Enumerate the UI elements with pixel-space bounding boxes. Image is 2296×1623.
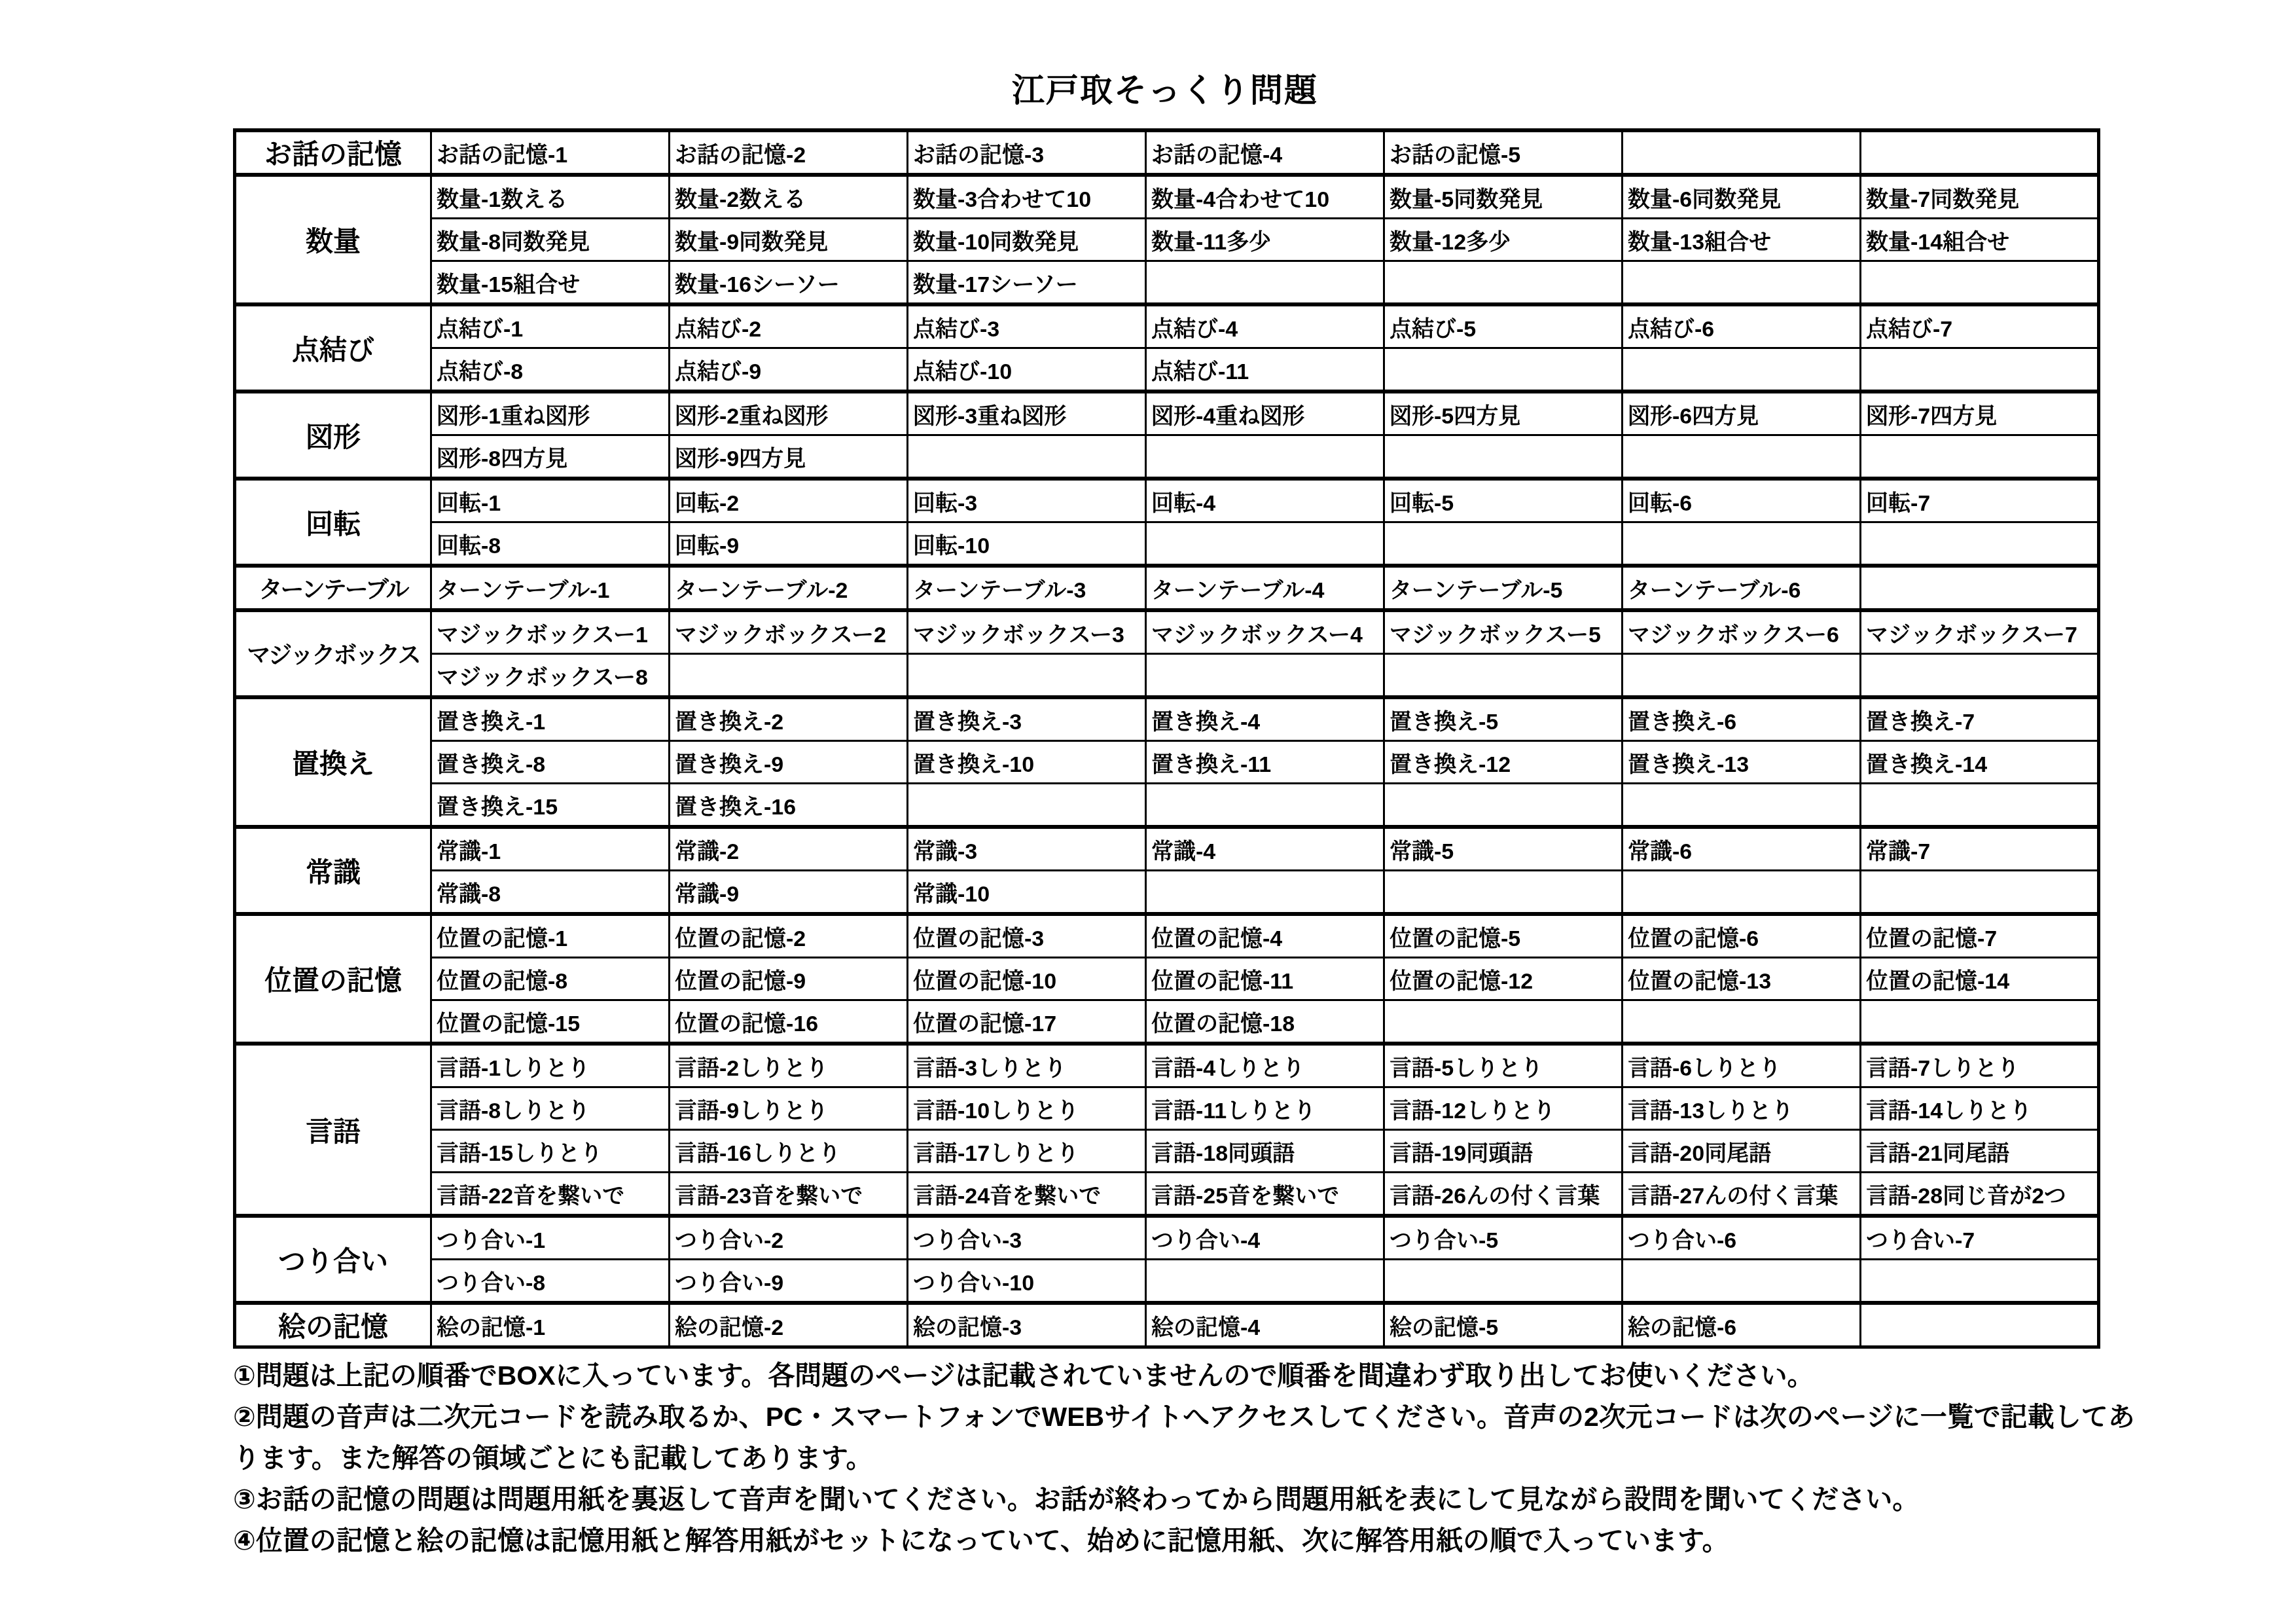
empty-cell (1384, 784, 1623, 828)
problem-cell: 図形-5四方見 (1384, 392, 1623, 435)
footnote: ④位置の記憶と絵の記憶は記憶用紙と解答用紙がセットになっていて、始めに記憶用紙、… (233, 1520, 2144, 1561)
problem-cell: 数量-14組合せ (1861, 219, 2099, 261)
problem-cell: つり合い-5 (1384, 1216, 1623, 1260)
problem-cell: 回転-8 (431, 522, 670, 566)
problem-cell: 絵の記憶-5 (1384, 1303, 1623, 1347)
empty-cell (1384, 348, 1623, 392)
problem-cell: 言語-12しりとり (1384, 1087, 1623, 1130)
footnote: ③お話の記憶の問題は問題用紙を裏返して音声を聞いてください。お話が終わってから問… (233, 1479, 2144, 1520)
problem-cell: 置き換え-2 (670, 697, 908, 741)
problem-cell: マジックボックスー8 (431, 654, 670, 698)
empty-cell (1861, 784, 2099, 828)
problem-cell: 図形-1重ね図形 (431, 392, 670, 435)
empty-cell (1384, 261, 1623, 305)
category-cell: 回転 (235, 479, 431, 566)
problem-cell: 言語-8しりとり (431, 1087, 670, 1130)
problem-cell: 位置の記憶-8 (431, 958, 670, 1000)
problem-cell: 回転-6 (1623, 479, 1861, 522)
problem-cell: 位置の記憶-6 (1623, 914, 1861, 958)
problem-cell: つり合い-8 (431, 1260, 670, 1304)
problem-cell: 常識-2 (670, 827, 908, 871)
problem-cell: 置き換え-9 (670, 741, 908, 784)
empty-cell (1623, 654, 1861, 698)
table-row: 言語言語-1しりとり言語-2しりとり言語-3しりとり言語-4しりとり言語-5しり… (235, 1044, 2099, 1087)
table-row: 図形図形-1重ね図形図形-2重ね図形図形-3重ね図形図形-4重ね図形図形-5四方… (235, 392, 2099, 435)
empty-cell (1146, 435, 1384, 479)
problem-cell: 常識-9 (670, 871, 908, 915)
empty-cell (1384, 435, 1623, 479)
empty-cell (1861, 871, 2099, 915)
empty-cell (1146, 871, 1384, 915)
problem-cell: 置き換え-1 (431, 697, 670, 741)
problem-cell: 言語-16しりとり (670, 1130, 908, 1173)
problem-cell: 常識-6 (1623, 827, 1861, 871)
problem-cell: 点結び-6 (1623, 304, 1861, 348)
empty-cell (1623, 1000, 1861, 1044)
empty-cell (1146, 261, 1384, 305)
problem-cell: 位置の記憶-16 (670, 1000, 908, 1044)
problem-cell: 絵の記憶-4 (1146, 1303, 1384, 1347)
empty-cell (670, 654, 908, 698)
empty-cell (1623, 1260, 1861, 1304)
problem-cell: 言語-23音を繋いで (670, 1173, 908, 1216)
empty-cell (1146, 784, 1384, 828)
problem-cell: 絵の記憶-1 (431, 1303, 670, 1347)
problem-cell: 言語-26んの付く言葉 (1384, 1173, 1623, 1216)
problem-cell: つり合い-9 (670, 1260, 908, 1304)
problem-cell: マジックボックスー7 (1861, 610, 2099, 654)
problem-cell: 位置の記憶-14 (1861, 958, 2099, 1000)
table-row: つり合い-8つり合い-9つり合い-10 (235, 1260, 2099, 1304)
problem-cell: 常識-1 (431, 827, 670, 871)
empty-cell (1384, 654, 1623, 698)
problem-cell: 点結び-5 (1384, 304, 1623, 348)
category-cell: ターンテーブル (235, 566, 431, 610)
problem-cell: つり合い-10 (908, 1260, 1146, 1304)
problem-cell: マジックボックスー1 (431, 610, 670, 654)
table-row: 数量-8同数発見数量-9同数発見数量-10同数発見数量-11多少数量-12多少数… (235, 219, 2099, 261)
problem-cell: 言語-22音を繋いで (431, 1173, 670, 1216)
problem-cell: マジックボックスー5 (1384, 610, 1623, 654)
empty-cell (1861, 1260, 2099, 1304)
problem-cell: 数量-8同数発見 (431, 219, 670, 261)
problem-cell: 位置の記憶-7 (1861, 914, 2099, 958)
problem-cell: 点結び-8 (431, 348, 670, 392)
problem-cell: 点結び-7 (1861, 304, 2099, 348)
problem-cell: 言語-28同じ音が2つ (1861, 1173, 2099, 1216)
problem-cell: 数量-17シーソー (908, 261, 1146, 305)
problem-cell: 位置の記憶-18 (1146, 1000, 1384, 1044)
problem-cell: 数量-3合わせて10 (908, 175, 1146, 219)
empty-cell (908, 654, 1146, 698)
problem-cell: 位置の記憶-3 (908, 914, 1146, 958)
problem-cell: 言語-3しりとり (908, 1044, 1146, 1087)
empty-cell (908, 784, 1146, 828)
problem-cell: 回転-3 (908, 479, 1146, 522)
problem-cell: 点結び-11 (1146, 348, 1384, 392)
problem-cell: 位置の記憶-10 (908, 958, 1146, 1000)
category-cell: お話の記憶 (235, 130, 431, 175)
category-cell: 置換え (235, 697, 431, 827)
problem-cell: 言語-4しりとり (1146, 1044, 1384, 1087)
footnote: ①問題は上記の順番でBOXに入っています。各問題のページは記載されていませんので… (233, 1355, 2144, 1396)
category-cell: マジックボックス (235, 610, 431, 697)
problem-cell: 数量-7同数発見 (1861, 175, 2099, 219)
category-cell: 常識 (235, 827, 431, 914)
problem-cell: 数量-11多少 (1146, 219, 1384, 261)
problem-cell: 言語-7しりとり (1861, 1044, 2099, 1087)
category-cell: 点結び (235, 304, 431, 392)
table-row: 絵の記憶絵の記憶-1絵の記憶-2絵の記憶-3絵の記憶-4絵の記憶-5絵の記憶-6 (235, 1303, 2099, 1347)
problem-cell: 言語-11しりとり (1146, 1087, 1384, 1130)
problem-cell: 位置の記憶-1 (431, 914, 670, 958)
problem-cell: 言語-21同尾語 (1861, 1130, 2099, 1173)
problem-cell: 位置の記憶-15 (431, 1000, 670, 1044)
problem-cell: 回転-4 (1146, 479, 1384, 522)
table-row: 回転-8回転-9回転-10 (235, 522, 2099, 566)
category-cell: 位置の記憶 (235, 914, 431, 1044)
problem-cell: 置き換え-4 (1146, 697, 1384, 741)
table-row: マジックボックスマジックボックスー1マジックボックスー2マジックボックスー3マジ… (235, 610, 2099, 654)
problem-cell: お話の記憶-4 (1146, 130, 1384, 175)
problem-cell: 位置の記憶-9 (670, 958, 908, 1000)
empty-cell (1623, 871, 1861, 915)
table-row: 置換え置き換え-1置き換え-2置き換え-3置き換え-4置き換え-5置き換え-6置… (235, 697, 2099, 741)
problem-cell: 数量-2数える (670, 175, 908, 219)
problem-cell: ターンテーブル-6 (1623, 566, 1861, 610)
problem-cell: お話の記憶-2 (670, 130, 908, 175)
problem-cell: 置き換え-13 (1623, 741, 1861, 784)
problem-cell: 数量-5同数発見 (1384, 175, 1623, 219)
problem-cell: 図形-9四方見 (670, 435, 908, 479)
empty-cell (1146, 654, 1384, 698)
problem-cell: 常識-8 (431, 871, 670, 915)
problem-cell: 置き換え-10 (908, 741, 1146, 784)
problem-cell: 言語-24音を繋いで (908, 1173, 1146, 1216)
problem-cell: 言語-19同頭語 (1384, 1130, 1623, 1173)
problem-cell: 言語-2しりとり (670, 1044, 908, 1087)
problem-cell: 数量-6同数発見 (1623, 175, 1861, 219)
problem-cell: 言語-27んの付く言葉 (1623, 1173, 1861, 1216)
problem-cell: 置き換え-15 (431, 784, 670, 828)
problem-cell: 数量-1数える (431, 175, 670, 219)
problem-cell: 回転-9 (670, 522, 908, 566)
empty-cell (1623, 348, 1861, 392)
problem-cell: 言語-15しりとり (431, 1130, 670, 1173)
problem-cell: 言語-17しりとり (908, 1130, 1146, 1173)
problem-cell: 点結び-3 (908, 304, 1146, 348)
problem-cell: つり合い-6 (1623, 1216, 1861, 1260)
empty-cell (1623, 784, 1861, 828)
problem-cell: 数量-16シーソー (670, 261, 908, 305)
table-row: つり合いつり合い-1つり合い-2つり合い-3つり合い-4つり合い-5つり合い-6… (235, 1216, 2099, 1260)
problem-cell: 位置の記憶-2 (670, 914, 908, 958)
empty-cell (1384, 522, 1623, 566)
problem-cell: 位置の記憶-11 (1146, 958, 1384, 1000)
problem-cell: ターンテーブル-5 (1384, 566, 1623, 610)
problem-cell: 点結び-2 (670, 304, 908, 348)
problem-cell: 図形-7四方見 (1861, 392, 2099, 435)
category-cell: 図形 (235, 392, 431, 479)
problem-cell: お話の記憶-1 (431, 130, 670, 175)
problem-cell: マジックボックスー6 (1623, 610, 1861, 654)
empty-cell (1146, 1260, 1384, 1304)
problem-cell: 回転-10 (908, 522, 1146, 566)
problem-cell: ターンテーブル-4 (1146, 566, 1384, 610)
empty-cell (1861, 130, 2099, 175)
problem-cell: つり合い-3 (908, 1216, 1146, 1260)
problem-cell: 言語-1しりとり (431, 1044, 670, 1087)
problem-cell: 置き換え-14 (1861, 741, 2099, 784)
problem-cell: 回転-2 (670, 479, 908, 522)
problem-cell: 図形-8四方見 (431, 435, 670, 479)
problem-cell: 位置の記憶-13 (1623, 958, 1861, 1000)
problem-cell: 数量-12多少 (1384, 219, 1623, 261)
problem-cell: 常識-5 (1384, 827, 1623, 871)
problem-cell: 置き換え-5 (1384, 697, 1623, 741)
problem-cell: 図形-6四方見 (1623, 392, 1861, 435)
table-row: 数量-15組合せ数量-16シーソー数量-17シーソー (235, 261, 2099, 305)
empty-cell (1861, 1303, 2099, 1347)
problem-cell: 位置の記憶-5 (1384, 914, 1623, 958)
problem-cell: 点結び-4 (1146, 304, 1384, 348)
problem-cell: 回転-7 (1861, 479, 2099, 522)
category-cell: 言語 (235, 1044, 431, 1216)
table-row: 位置の記憶-15位置の記憶-16位置の記憶-17位置の記憶-18 (235, 1000, 2099, 1044)
problem-cell: 位置の記憶-12 (1384, 958, 1623, 1000)
problem-cell: 置き換え-16 (670, 784, 908, 828)
problem-cell: 位置の記憶-17 (908, 1000, 1146, 1044)
problem-cell: つり合い-7 (1861, 1216, 2099, 1260)
problem-cell: ターンテーブル-1 (431, 566, 670, 610)
problem-cell: 置き換え-3 (908, 697, 1146, 741)
problem-cell: 絵の記憶-3 (908, 1303, 1146, 1347)
problem-cell: マジックボックスー2 (670, 610, 908, 654)
problem-cell: 置き換え-6 (1623, 697, 1861, 741)
footnotes: ①問題は上記の順番でBOXに入っています。各問題のページは記載されていませんので… (233, 1355, 2144, 1561)
table-row: マジックボックスー8 (235, 654, 2099, 698)
category-cell: つり合い (235, 1216, 431, 1303)
table-row: 点結び-8点結び-9点結び-10点結び-11 (235, 348, 2099, 392)
footnote: ②問題の音声は二次元コードを読み取るか、PC・スマートフォンでWEBサイトへアク… (233, 1396, 2144, 1479)
table-row: ターンテーブルターンテーブル-1ターンテーブル-2ターンテーブル-3ターンテーブ… (235, 566, 2099, 610)
table-row: 点結び点結び-1点結び-2点結び-3点結び-4点結び-5点結び-6点結び-7 (235, 304, 2099, 348)
problem-cell: 常識-10 (908, 871, 1146, 915)
problem-cell: 言語-10しりとり (908, 1087, 1146, 1130)
problem-cell: 言語-5しりとり (1384, 1044, 1623, 1087)
problem-cell: 図形-2重ね図形 (670, 392, 908, 435)
empty-cell (908, 435, 1146, 479)
empty-cell (1861, 654, 2099, 698)
table-row: 常識-8常識-9常識-10 (235, 871, 2099, 915)
table-row: 数量数量-1数える数量-2数える数量-3合わせて10数量-4合わせて10数量-5… (235, 175, 2099, 219)
problem-cell: つり合い-2 (670, 1216, 908, 1260)
problem-cell: 数量-4合わせて10 (1146, 175, 1384, 219)
table-row: 位置の記憶-8位置の記憶-9位置の記憶-10位置の記憶-11位置の記憶-12位置… (235, 958, 2099, 1000)
problem-cell: 言語-18同頭語 (1146, 1130, 1384, 1173)
empty-cell (1623, 130, 1861, 175)
empty-cell (1861, 1000, 2099, 1044)
category-cell: 絵の記憶 (235, 1303, 431, 1347)
table-row: 常識常識-1常識-2常識-3常識-4常識-5常識-6常識-7 (235, 827, 2099, 871)
empty-cell (1861, 435, 2099, 479)
page-title: 江戸取そっくり問題 (233, 0, 2097, 128)
problem-table: お話の記憶お話の記憶-1お話の記憶-2お話の記憶-3お話の記憶-4お話の記憶-5… (233, 128, 2100, 1349)
empty-cell (1623, 261, 1861, 305)
empty-cell (1623, 435, 1861, 479)
empty-cell (1861, 566, 2099, 610)
document-page: 江戸取そっくり問題 お話の記憶お話の記憶-1お話の記憶-2お話の記憶-3お話の記… (0, 0, 2296, 1623)
problem-cell: 常識-7 (1861, 827, 2099, 871)
problem-cell: 言語-9しりとり (670, 1087, 908, 1130)
empty-cell (1384, 1000, 1623, 1044)
category-cell: 数量 (235, 175, 431, 304)
problem-cell: 置き換え-12 (1384, 741, 1623, 784)
problem-cell: 置き換え-11 (1146, 741, 1384, 784)
problem-cell: 図形-4重ね図形 (1146, 392, 1384, 435)
problem-cell: ターンテーブル-2 (670, 566, 908, 610)
problem-cell: 数量-13組合せ (1623, 219, 1861, 261)
empty-cell (1146, 522, 1384, 566)
empty-cell (1384, 1260, 1623, 1304)
problem-cell: 数量-9同数発見 (670, 219, 908, 261)
problem-cell: 点結び-10 (908, 348, 1146, 392)
problem-cell: 数量-10同数発見 (908, 219, 1146, 261)
table-row: 置き換え-8置き換え-9置き換え-10置き換え-11置き換え-12置き換え-13… (235, 741, 2099, 784)
table-row: 言語-15しりとり言語-16しりとり言語-17しりとり言語-18同頭語言語-19… (235, 1130, 2099, 1173)
problem-cell: 回転-1 (431, 479, 670, 522)
problem-cell: 言語-25音を繋いで (1146, 1173, 1384, 1216)
problem-cell: 常識-3 (908, 827, 1146, 871)
problem-cell: マジックボックスー4 (1146, 610, 1384, 654)
problem-cell: 言語-6しりとり (1623, 1044, 1861, 1087)
table-row: 位置の記憶位置の記憶-1位置の記憶-2位置の記憶-3位置の記憶-4位置の記憶-5… (235, 914, 2099, 958)
problem-cell: マジックボックスー3 (908, 610, 1146, 654)
table-row: 回転回転-1回転-2回転-3回転-4回転-5回転-6回転-7 (235, 479, 2099, 522)
table-row: 図形-8四方見図形-9四方見 (235, 435, 2099, 479)
problem-cell: 点結び-9 (670, 348, 908, 392)
problem-cell: 回転-5 (1384, 479, 1623, 522)
problem-cell: ターンテーブル-3 (908, 566, 1146, 610)
problem-cell: お話の記憶-5 (1384, 130, 1623, 175)
problem-cell: つり合い-4 (1146, 1216, 1384, 1260)
problem-cell: 常識-4 (1146, 827, 1384, 871)
problem-cell: 絵の記憶-6 (1623, 1303, 1861, 1347)
problem-cell: つり合い-1 (431, 1216, 670, 1260)
table-row: 置き換え-15置き換え-16 (235, 784, 2099, 828)
problem-cell: 数量-15組合せ (431, 261, 670, 305)
problem-cell: 言語-20同尾語 (1623, 1130, 1861, 1173)
table-row: 言語-22音を繋いで言語-23音を繋いで言語-24音を繋いで言語-25音を繋いで… (235, 1173, 2099, 1216)
empty-cell (1861, 522, 2099, 566)
problem-cell: 位置の記憶-4 (1146, 914, 1384, 958)
problem-cell: 図形-3重ね図形 (908, 392, 1146, 435)
problem-cell: 置き換え-8 (431, 741, 670, 784)
empty-cell (1861, 348, 2099, 392)
problem-cell: 点結び-1 (431, 304, 670, 348)
problem-cell: 言語-13しりとり (1623, 1087, 1861, 1130)
empty-cell (1384, 871, 1623, 915)
empty-cell (1623, 522, 1861, 566)
table-row: お話の記憶お話の記憶-1お話の記憶-2お話の記憶-3お話の記憶-4お話の記憶-5 (235, 130, 2099, 175)
empty-cell (1861, 261, 2099, 305)
problem-cell: 置き換え-7 (1861, 697, 2099, 741)
table-row: 言語-8しりとり言語-9しりとり言語-10しりとり言語-11しりとり言語-12し… (235, 1087, 2099, 1130)
problem-cell: お話の記憶-3 (908, 130, 1146, 175)
problem-cell: 絵の記憶-2 (670, 1303, 908, 1347)
content-area: 江戸取そっくり問題 お話の記憶お話の記憶-1お話の記憶-2お話の記憶-3お話の記… (233, 0, 2131, 1561)
problem-cell: 言語-14しりとり (1861, 1087, 2099, 1130)
